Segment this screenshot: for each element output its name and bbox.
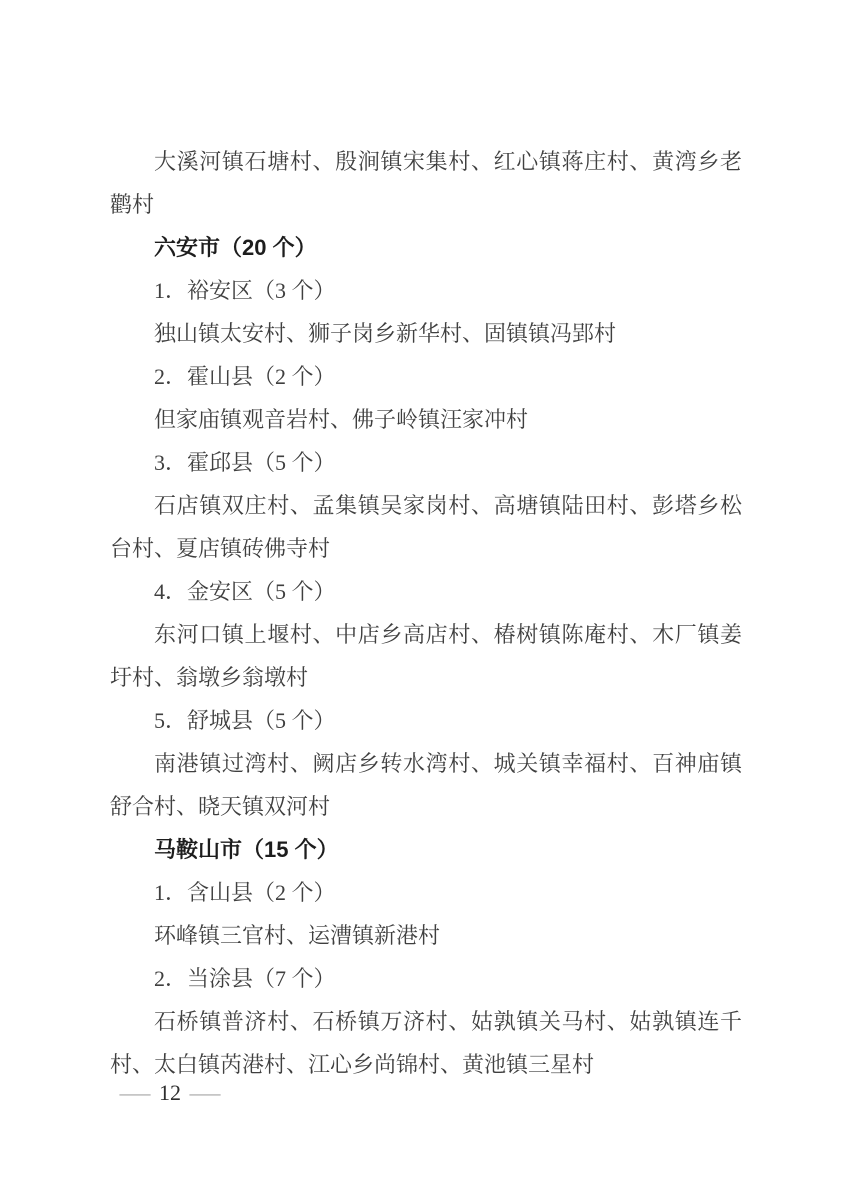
document-body: 大溪河镇石塘村、殷涧镇宋集村、红心镇蒋庄村、黄湾乡老鹳村 六安市（20 个） 1…	[110, 140, 742, 1086]
county-item: 4．金安区（5 个）	[110, 570, 742, 613]
page-footer: — 12 —	[124, 1078, 216, 1108]
county-item: 3．霍邱县（5 个）	[110, 441, 742, 484]
village-list-paragraph: 环峰镇三官村、运漕镇新港村	[110, 914, 742, 957]
page-number: 12	[159, 1078, 181, 1108]
document-page: 大溪河镇石塘村、殷涧镇宋集村、红心镇蒋庄村、黄湾乡老鹳村 六安市（20 个） 1…	[0, 0, 848, 1200]
village-list-paragraph: 石桥镇普济村、石桥镇万济村、姑孰镇关马村、姑孰镇连千村、太白镇芮港村、江心乡尚锦…	[110, 1000, 742, 1086]
county-item: 5．舒城县（5 个）	[110, 699, 742, 742]
village-list-paragraph: 独山镇太安村、狮子岗乡新华村、固镇镇冯郢村	[110, 312, 742, 355]
village-list-paragraph: 但家庙镇观音岩村、佛子岭镇汪家冲村	[110, 398, 742, 441]
county-item: 1．含山县（2 个）	[110, 871, 742, 914]
village-list-paragraph: 南港镇过湾村、阙店乡转水湾村、城关镇幸福村、百神庙镇舒合村、晓天镇双河村	[110, 742, 742, 828]
village-list-paragraph: 石店镇双庄村、孟集镇吴家岗村、高塘镇陆田村、彭塔乡松台村、夏店镇砖佛寺村	[110, 484, 742, 570]
city-heading: 马鞍山市（15 个）	[110, 828, 742, 871]
county-item: 1．裕安区（3 个）	[110, 269, 742, 312]
village-list-paragraph: 大溪河镇石塘村、殷涧镇宋集村、红心镇蒋庄村、黄湾乡老鹳村	[110, 140, 742, 226]
county-item: 2．霍山县（2 个）	[110, 355, 742, 398]
county-item: 2．当涂县（7 个）	[110, 957, 742, 1000]
footer-dash-left: —	[120, 1078, 151, 1108]
city-heading: 六安市（20 个）	[110, 226, 742, 269]
footer-dash-right: —	[190, 1078, 221, 1108]
village-list-paragraph: 东河口镇上堰村、中店乡高店村、椿树镇陈庵村、木厂镇姜圩村、翁墩乡翁墩村	[110, 613, 742, 699]
